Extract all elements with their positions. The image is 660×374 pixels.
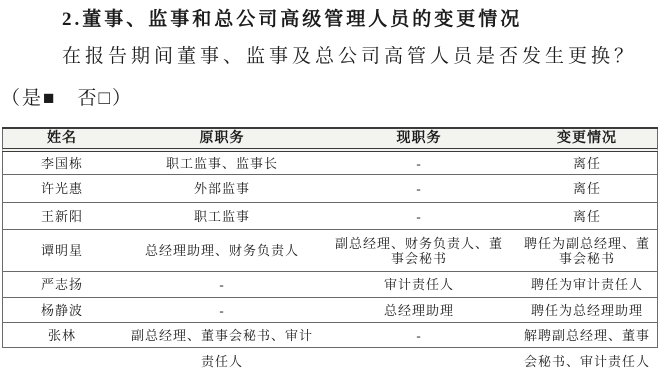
cell-change: 解聘副总经理、董事: [515, 323, 659, 347]
cell-former-position: 责任人: [121, 348, 323, 374]
cell-name: [3, 348, 121, 374]
cell-change: 离任: [515, 152, 659, 174]
yes-no-answer: （是■ 否□）: [1, 83, 133, 110]
cell-name: 王新阳: [3, 203, 121, 229]
table-row-continuation: 责任人 会秘书、审计责任人: [2, 348, 658, 374]
table-row: 谭明星 总经理助理、财务负责人 副总经理、财务负责人、董 事会秘书 聘任为副总经…: [2, 230, 658, 272]
cell-former-position: 职工监事: [121, 203, 323, 229]
cell-former-position: 外部监事: [121, 175, 323, 202]
cell-name: 杨静波: [3, 298, 121, 322]
cell-change: 聘任为审计责任人: [515, 272, 659, 297]
table-header-row: 姓名 原职务 现职务 变更情况: [2, 129, 658, 152]
cell-current-position: -: [323, 152, 515, 174]
cell-former-position: 副总经理、董事会秘书、审计: [121, 323, 323, 347]
personnel-change-table: 姓名 原职务 现职务 变更情况 李国栋 职工监事、监事长 - 离任 许光惠 外部…: [2, 127, 658, 374]
table-row: 许光惠 外部监事 - 离任: [2, 175, 658, 203]
document-page: 2.董事、监事和总公司高级管理人员的变更情况 在报告期间董事、监事及总公司高管人…: [0, 0, 660, 374]
cell-former-position: -: [121, 298, 323, 322]
cell-name: 严志扬: [3, 272, 121, 297]
cell-former-position: 职工监事、监事长: [121, 152, 323, 174]
table-row: 杨静波 - 总经理助理 聘任为总经理助理: [2, 298, 658, 323]
question-text: 在报告期间董事、监事及总公司高管人员是否发生更换？: [62, 41, 637, 68]
cell-change: 会秘书、审计责任人: [515, 348, 659, 374]
cell-current-position: -: [323, 175, 515, 202]
column-header-current-position: 现职务: [323, 129, 515, 148]
column-header-former-position: 原职务: [121, 129, 323, 148]
cell-current-position: [323, 348, 515, 374]
cell-name: 张林: [3, 323, 121, 347]
cell-change: 聘任为总经理助理: [515, 298, 659, 322]
cell-current-position: -: [323, 203, 515, 229]
cell-current-position: 副总经理、财务负责人、董 事会秘书: [323, 230, 515, 271]
table-row: 王新阳 职工监事 - 离任: [2, 203, 658, 230]
table-row: 李国栋 职工监事、监事长 - 离任: [2, 152, 658, 175]
column-header-name: 姓名: [3, 129, 121, 148]
column-header-change: 变更情况: [515, 129, 659, 148]
section-heading: 2.董事、监事和总公司高级管理人员的变更情况: [62, 4, 522, 31]
cell-former-position: -: [121, 272, 323, 297]
cell-change: 聘任为副总经理、董 事会秘书: [515, 230, 659, 271]
cell-name: 许光惠: [3, 175, 121, 202]
cell-current-position: -: [323, 323, 515, 347]
table-row: 严志扬 - 审计责任人 聘任为审计责任人: [2, 272, 658, 298]
cell-current-position: 审计责任人: [323, 272, 515, 297]
cell-name: 谭明星: [3, 230, 121, 271]
cell-change: 离任: [515, 175, 659, 202]
cell-change: 离任: [515, 203, 659, 229]
table-row: 张林 副总经理、董事会秘书、审计 - 解聘副总经理、董事: [2, 323, 658, 348]
cell-former-position: 总经理助理、财务负责人: [121, 230, 323, 271]
cell-current-position: 总经理助理: [323, 298, 515, 322]
cell-name: 李国栋: [3, 152, 121, 174]
